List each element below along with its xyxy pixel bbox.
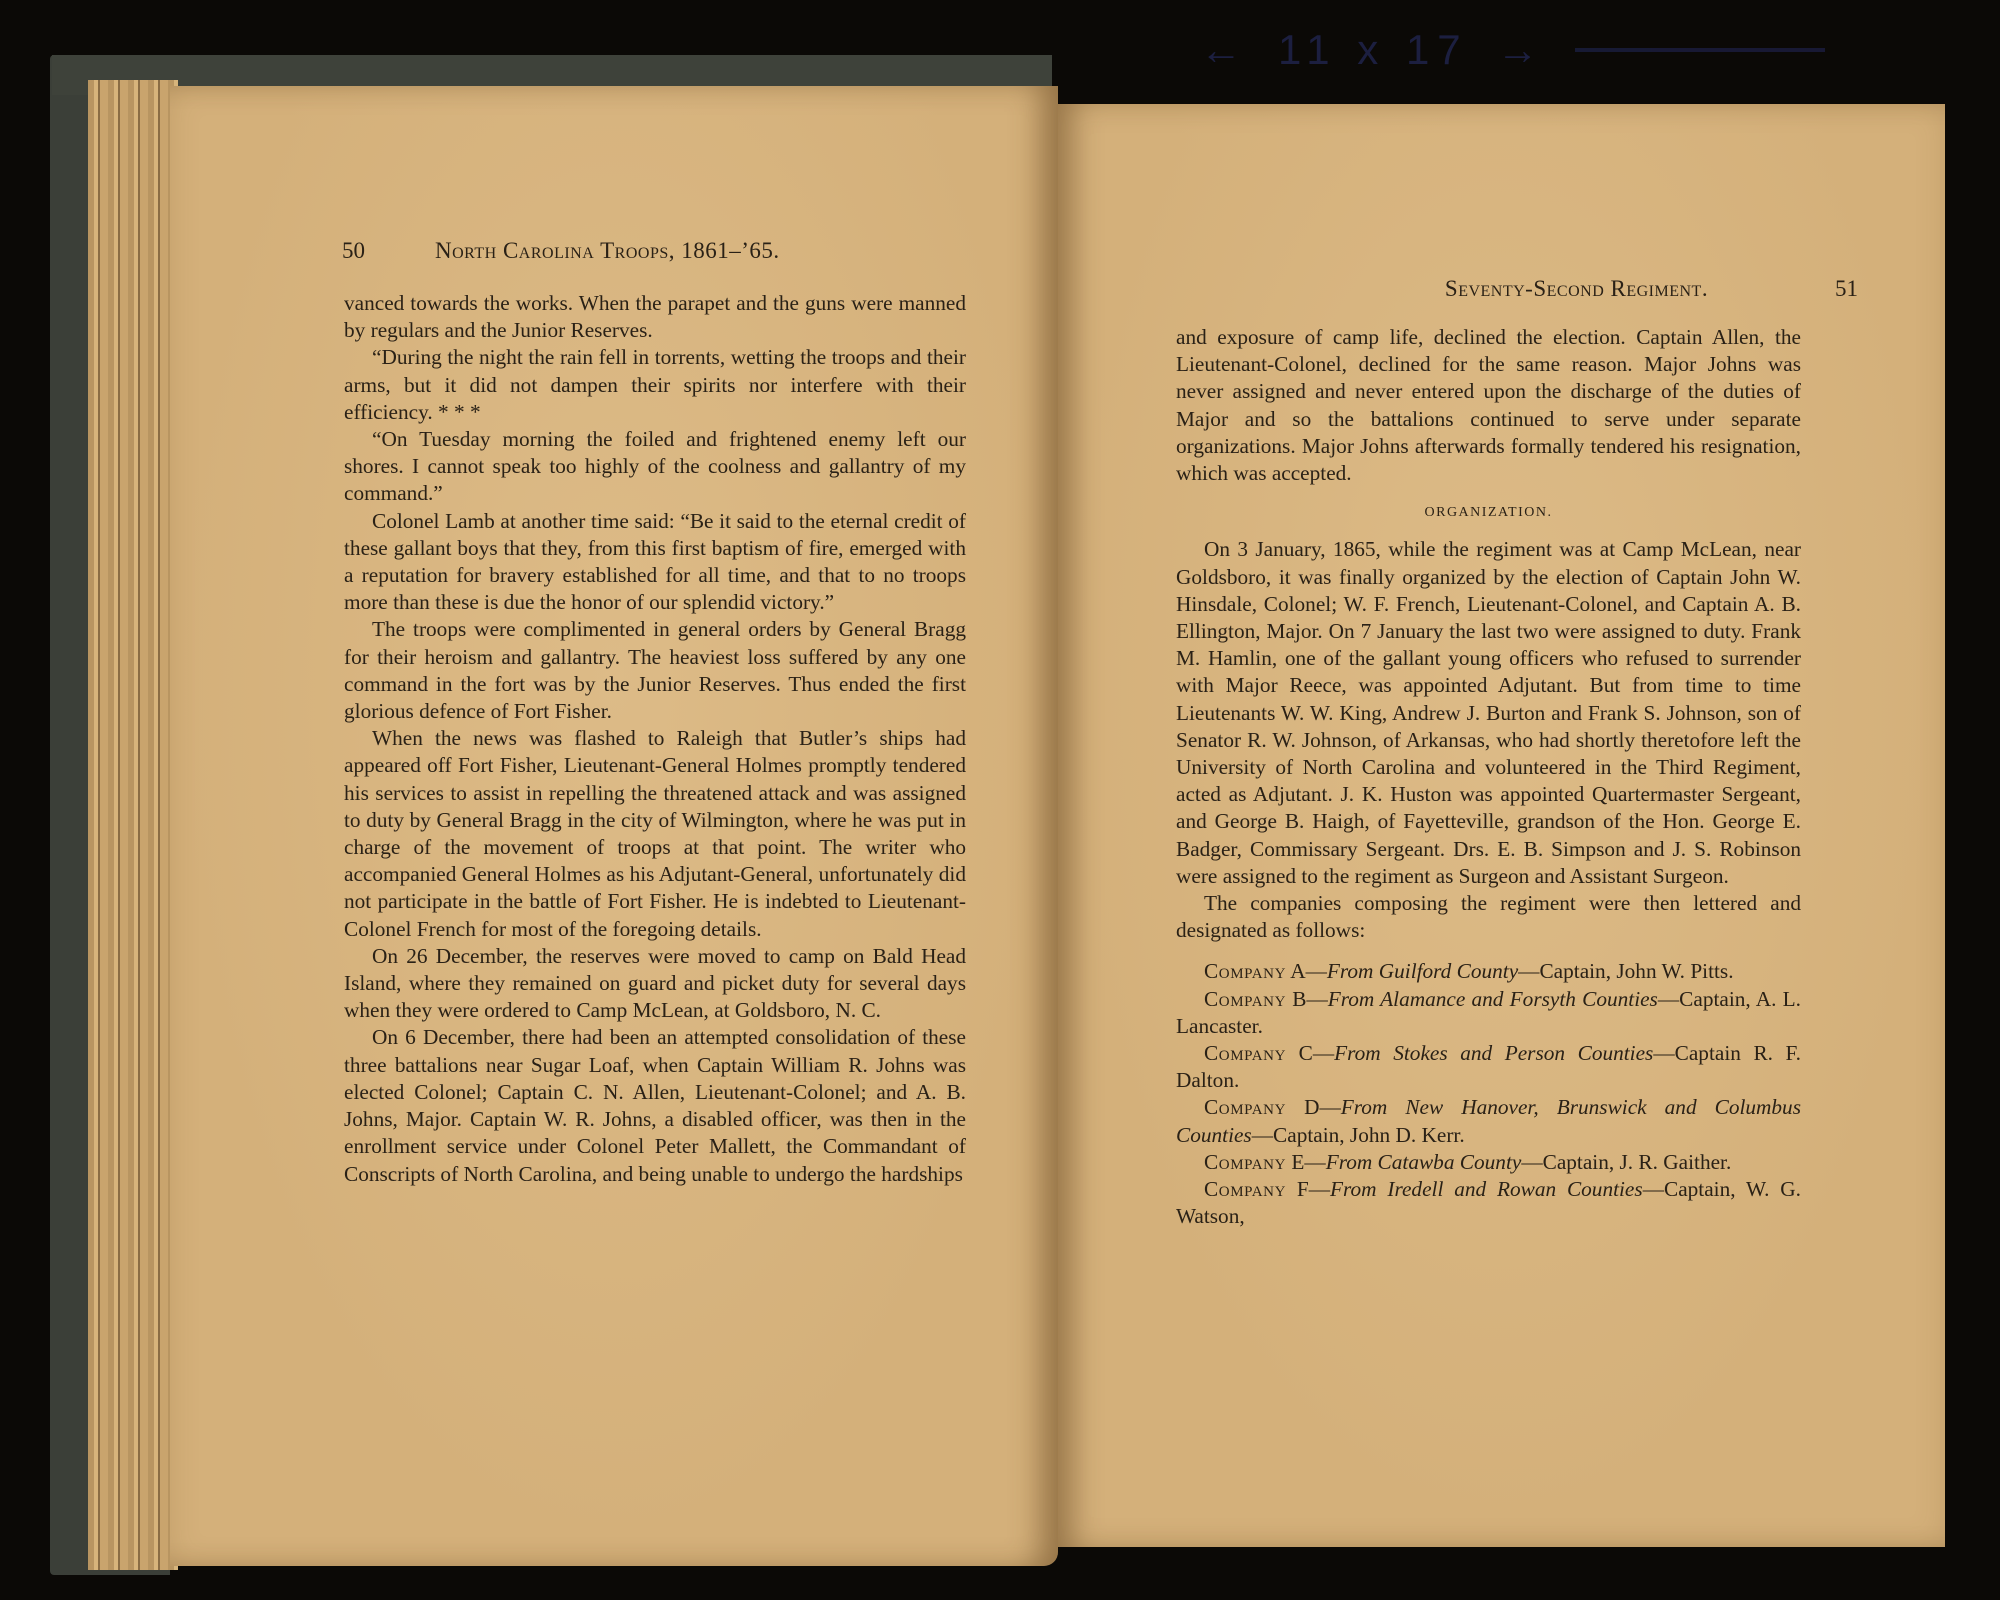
company-entry: Company F—From Iredell and Rowan Countie… bbox=[1176, 1176, 1801, 1230]
paragraph: Colonel Lamb at another time said: “Be i… bbox=[344, 508, 966, 617]
arrow-right-icon: → bbox=[1497, 26, 1547, 74]
right-page-body: and exposure of camp life, declined the … bbox=[1176, 324, 1801, 1231]
paragraph: vanced towards the works. When the parap… bbox=[344, 290, 966, 344]
paragraph: On 26 December, the reserves were moved … bbox=[344, 943, 966, 1025]
right-running-head: Seventy-Second Regiment. 51 bbox=[1258, 276, 1858, 302]
left-page-body: vanced towards the works. When the parap… bbox=[344, 290, 966, 1188]
arrow-left-icon: ← bbox=[1200, 26, 1250, 74]
scale-label: 11 x 17 bbox=[1278, 26, 1469, 74]
left-page: 50 North Carolina Troops, 1861–’65. vanc… bbox=[170, 86, 1058, 1566]
company-entry: Company C—From Stokes and Person Countie… bbox=[1176, 1040, 1801, 1094]
paragraph: The troops were complimented in general … bbox=[344, 616, 966, 725]
paragraph: The companies composing the regiment wer… bbox=[1176, 890, 1801, 944]
page-number: 50 bbox=[342, 238, 365, 264]
section-heading: ORGANIZATION. bbox=[1176, 499, 1801, 526]
paragraph: On 6 December, there had been an attempt… bbox=[344, 1024, 966, 1187]
paragraph: and exposure of camp life, declined the … bbox=[1176, 324, 1801, 487]
company-entry: Company D—From New Hanover, Brunswick an… bbox=[1176, 1094, 1801, 1148]
paragraph: On 3 January, 1865, while the regiment w… bbox=[1176, 536, 1801, 890]
company-entry: Company E—From Catawba County—Captain, J… bbox=[1176, 1149, 1801, 1176]
company-entry: Company A—From Guilford County—Captain, … bbox=[1176, 958, 1801, 985]
company-entry: Company B—From Alamance and Forsyth Coun… bbox=[1176, 986, 1801, 1040]
paragraph: “On Tuesday morning the foiled and frigh… bbox=[344, 426, 966, 508]
running-head-title: Seventy-Second Regiment. bbox=[1445, 276, 1708, 302]
left-running-head: 50 North Carolina Troops, 1861–’65. bbox=[342, 238, 762, 264]
page-edges-stack bbox=[88, 80, 178, 1570]
scale-line bbox=[1575, 48, 1825, 52]
paragraph: When the news was flashed to Raleigh tha… bbox=[344, 725, 966, 943]
scale-mark: ← 11 x 17 → bbox=[1200, 26, 1825, 74]
paragraph: “During the night the rain fell in torre… bbox=[344, 344, 966, 426]
right-page: Seventy-Second Regiment. 51 and exposure… bbox=[1058, 104, 1945, 1547]
running-head-title: North Carolina Troops, 1861–’65. bbox=[435, 238, 780, 264]
page-number: 51 bbox=[1835, 276, 1858, 302]
